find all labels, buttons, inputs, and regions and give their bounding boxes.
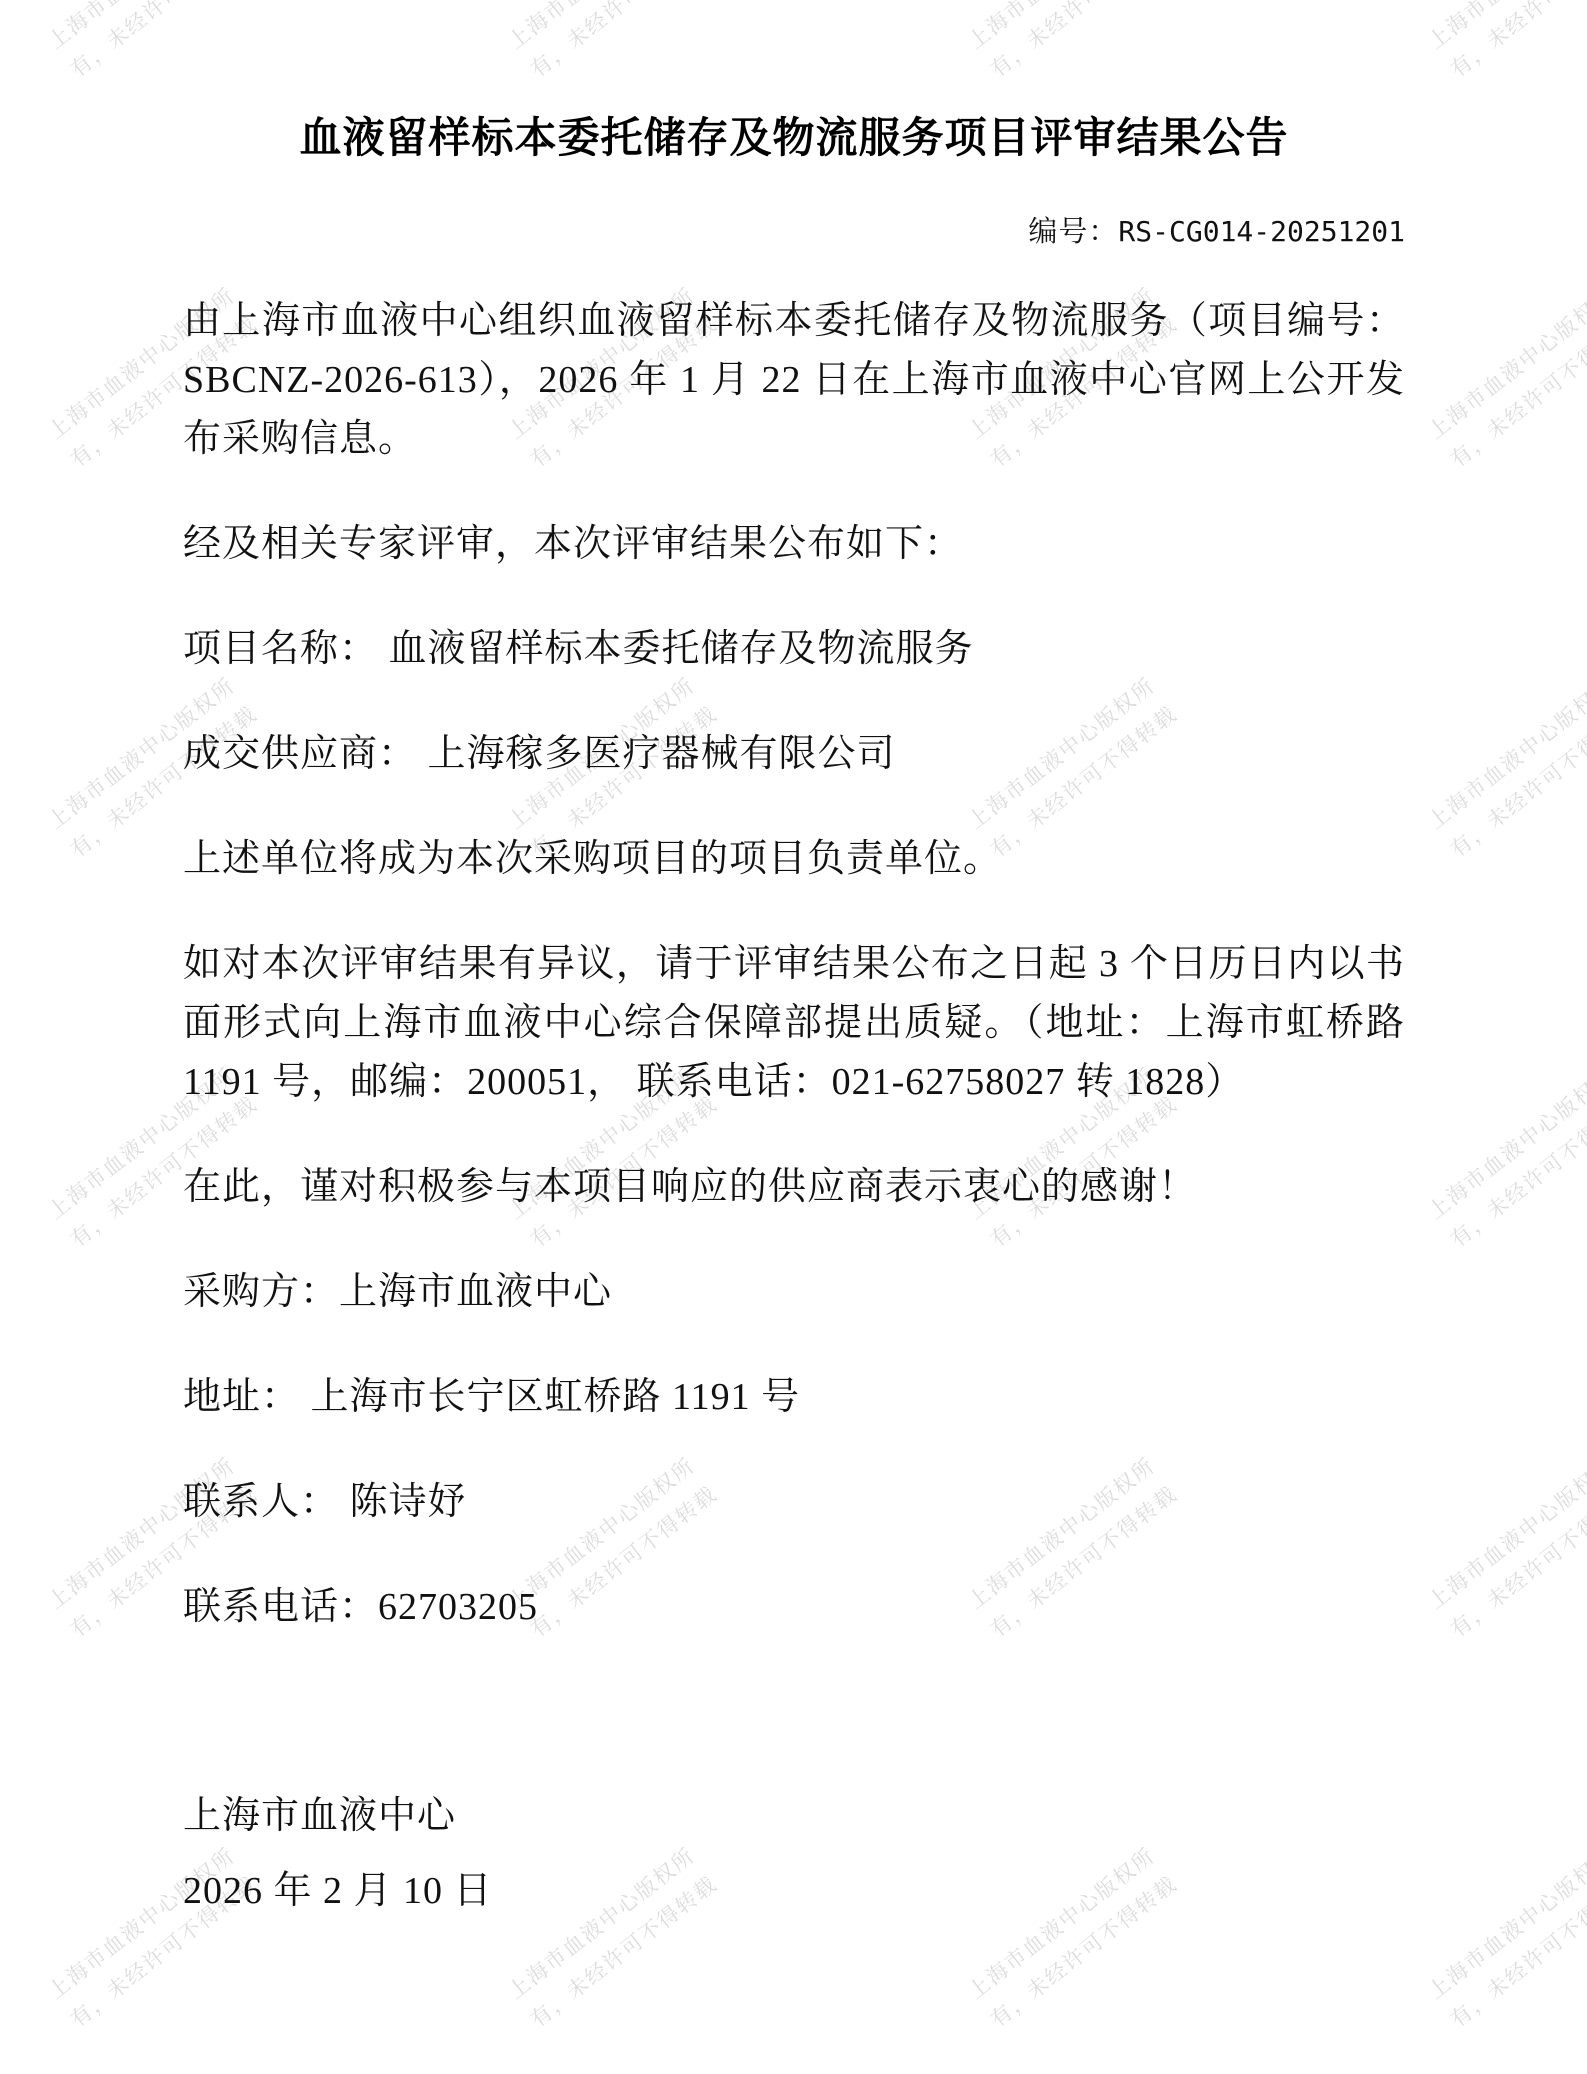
paragraph: 采购方：上海市血液中心 [183, 1263, 1405, 1322]
document-content: 血液留样标本委托储存及物流服务项目评审结果公告 编号：RS-CG014-2025… [0, 0, 1587, 1921]
signature-organization: 上海市血液中心 [183, 1787, 1405, 1846]
paragraph: 联系人： 陈诗妤 [183, 1473, 1405, 1532]
paragraph: 上述单位将成为本次采购项目的项目负责单位。 [183, 830, 1405, 889]
document-title: 血液留样标本委托储存及物流服务项目评审结果公告 [183, 112, 1405, 165]
doc-number-label: 编号： [1028, 216, 1118, 248]
paragraph: 项目名称： 血液留样标本委托储存及物流服务 [183, 620, 1405, 679]
document-body: 由上海市血液中心组织血液留样标本委托储存及物流服务（项目编号：SBCNZ-202… [183, 292, 1405, 1637]
paragraph: 由上海市血液中心组织血液留样标本委托储存及物流服务（项目编号：SBCNZ-202… [183, 292, 1405, 469]
paragraph: 成交供应商： 上海稼多医疗器械有限公司 [183, 725, 1405, 784]
document-page: 上海市血液中心版权所有，未经许可不得转载上海市血液中心版权所有，未经许可不得转载… [0, 0, 1587, 2074]
doc-number-line: 编号：RS-CG014-20251201 [183, 209, 1405, 250]
paragraph: 地址： 上海市长宁区虹桥路 1191 号 [183, 1368, 1405, 1427]
doc-number-value: RS-CG014-20251201 [1118, 215, 1405, 248]
paragraph: 经及相关专家评审，本次评审结果公布如下： [183, 515, 1405, 574]
paragraph: 在此，谨对积极参与本项目响应的供应商表示衷心的感谢！ [183, 1158, 1405, 1217]
paragraph: 如对本次评审结果有异议，请于评审结果公布之日起 3 个日历日内以书面形式向上海市… [183, 935, 1405, 1112]
signature-block: 上海市血液中心 2026 年 2 月 10 日 [183, 1787, 1405, 1921]
paragraph: 联系电话：62703205 [183, 1578, 1405, 1637]
signature-date: 2026 年 2 月 10 日 [183, 1862, 1405, 1921]
